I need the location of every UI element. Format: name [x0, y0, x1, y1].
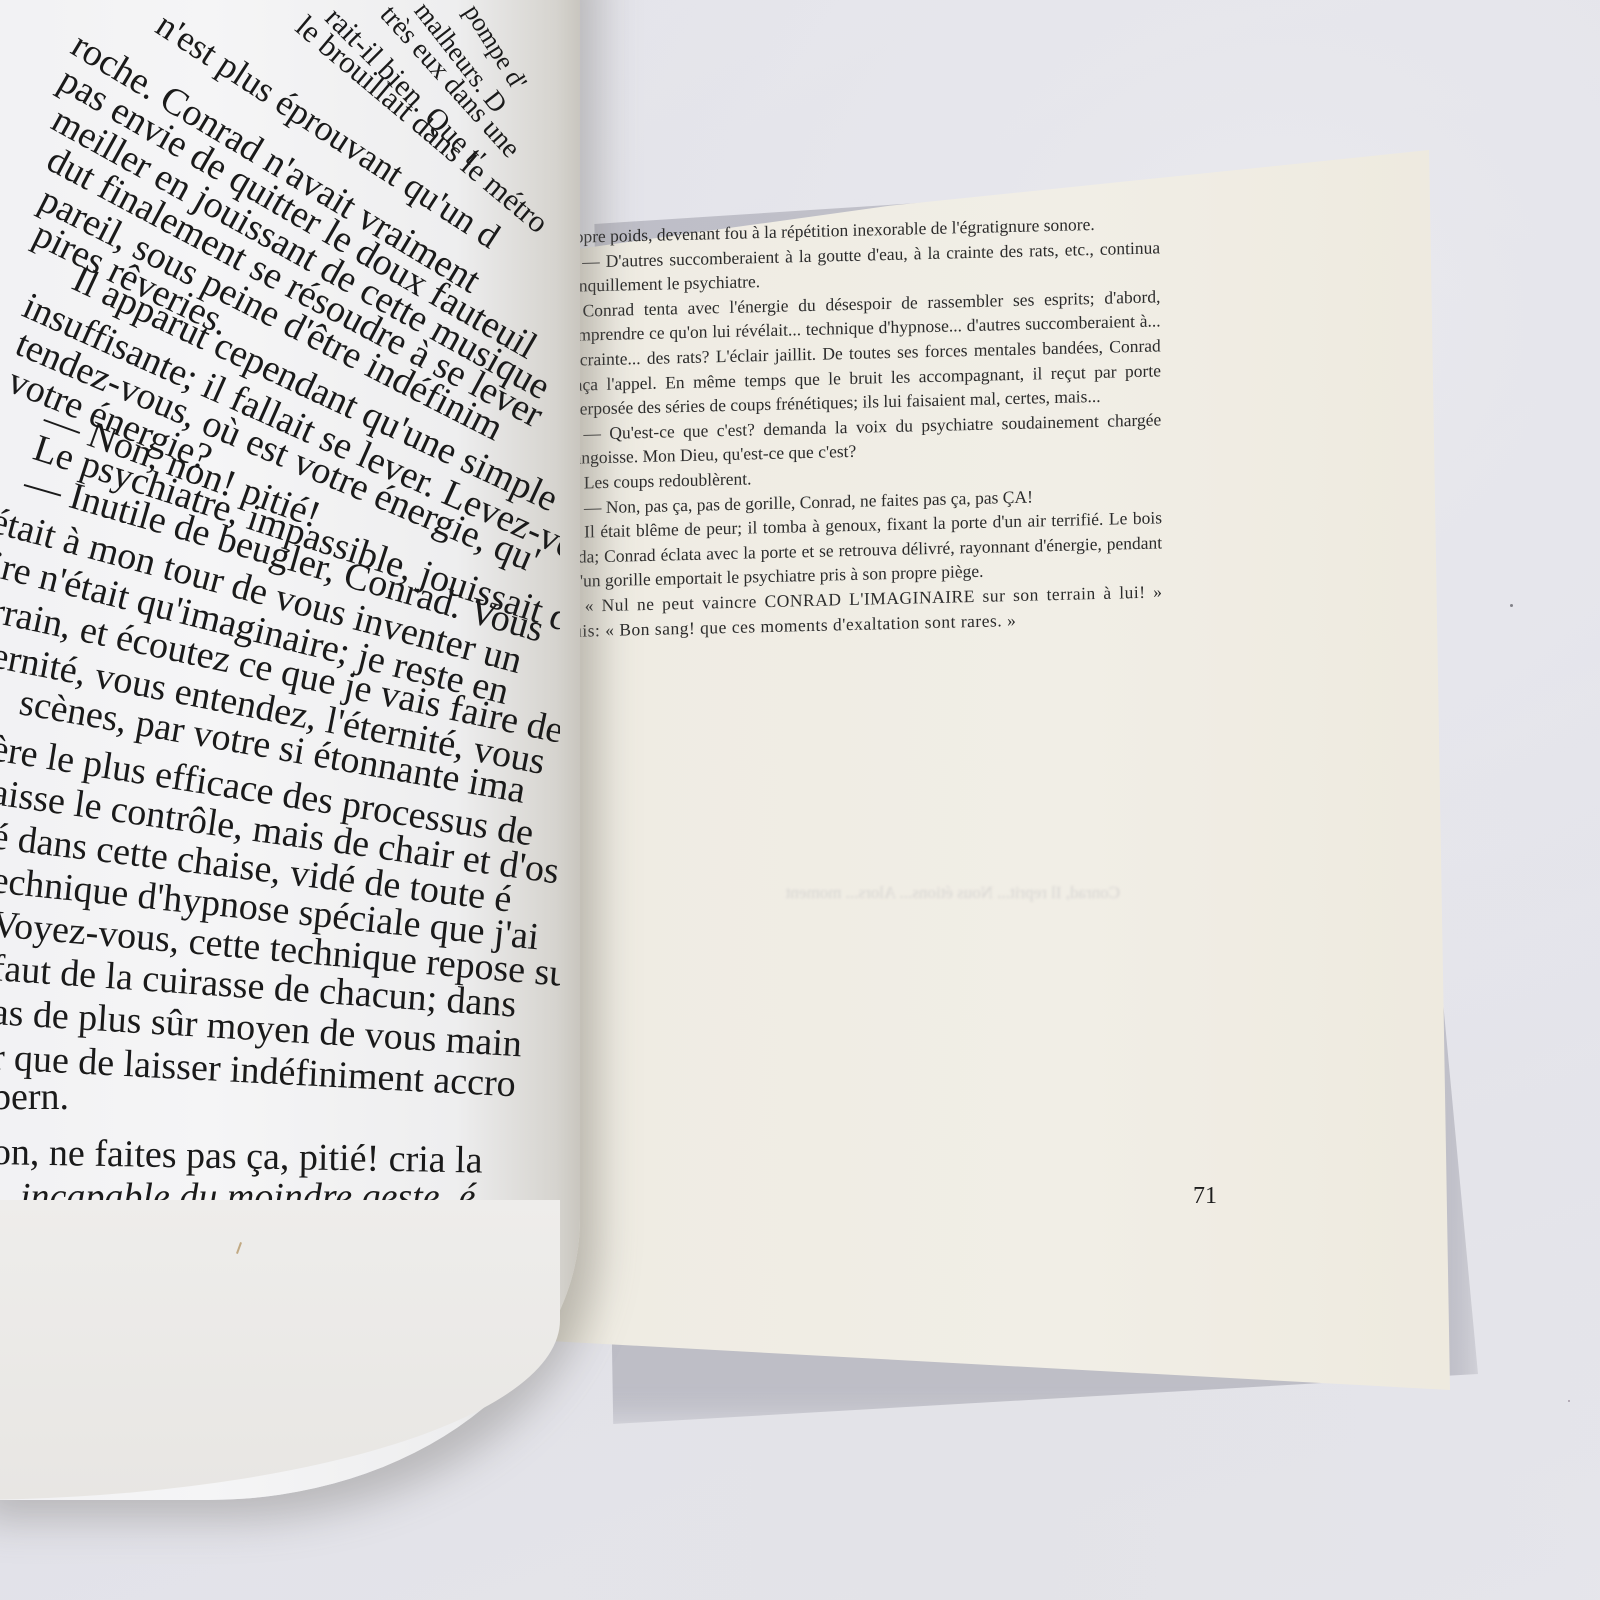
text-line: incapable du moindre geste, é — [20, 1175, 476, 1200]
left-page-text: pompe d' malheurs. D très eux dans une r… — [0, 0, 560, 1200]
paragraph: Conrad tenta avec l'énergie du désespoir… — [561, 284, 1162, 422]
dust-speck — [1510, 604, 1513, 607]
bleed-through-text: Conrad, Il reprit... Nous étions... Alor… — [600, 880, 1120, 1140]
page-number: 71 — [1193, 1183, 1217, 1210]
text-line: bern. — [0, 1075, 69, 1119]
dust-speck — [1568, 1400, 1570, 1402]
right-page-text: propre poids, devenant fou à la répétiti… — [560, 210, 1163, 643]
